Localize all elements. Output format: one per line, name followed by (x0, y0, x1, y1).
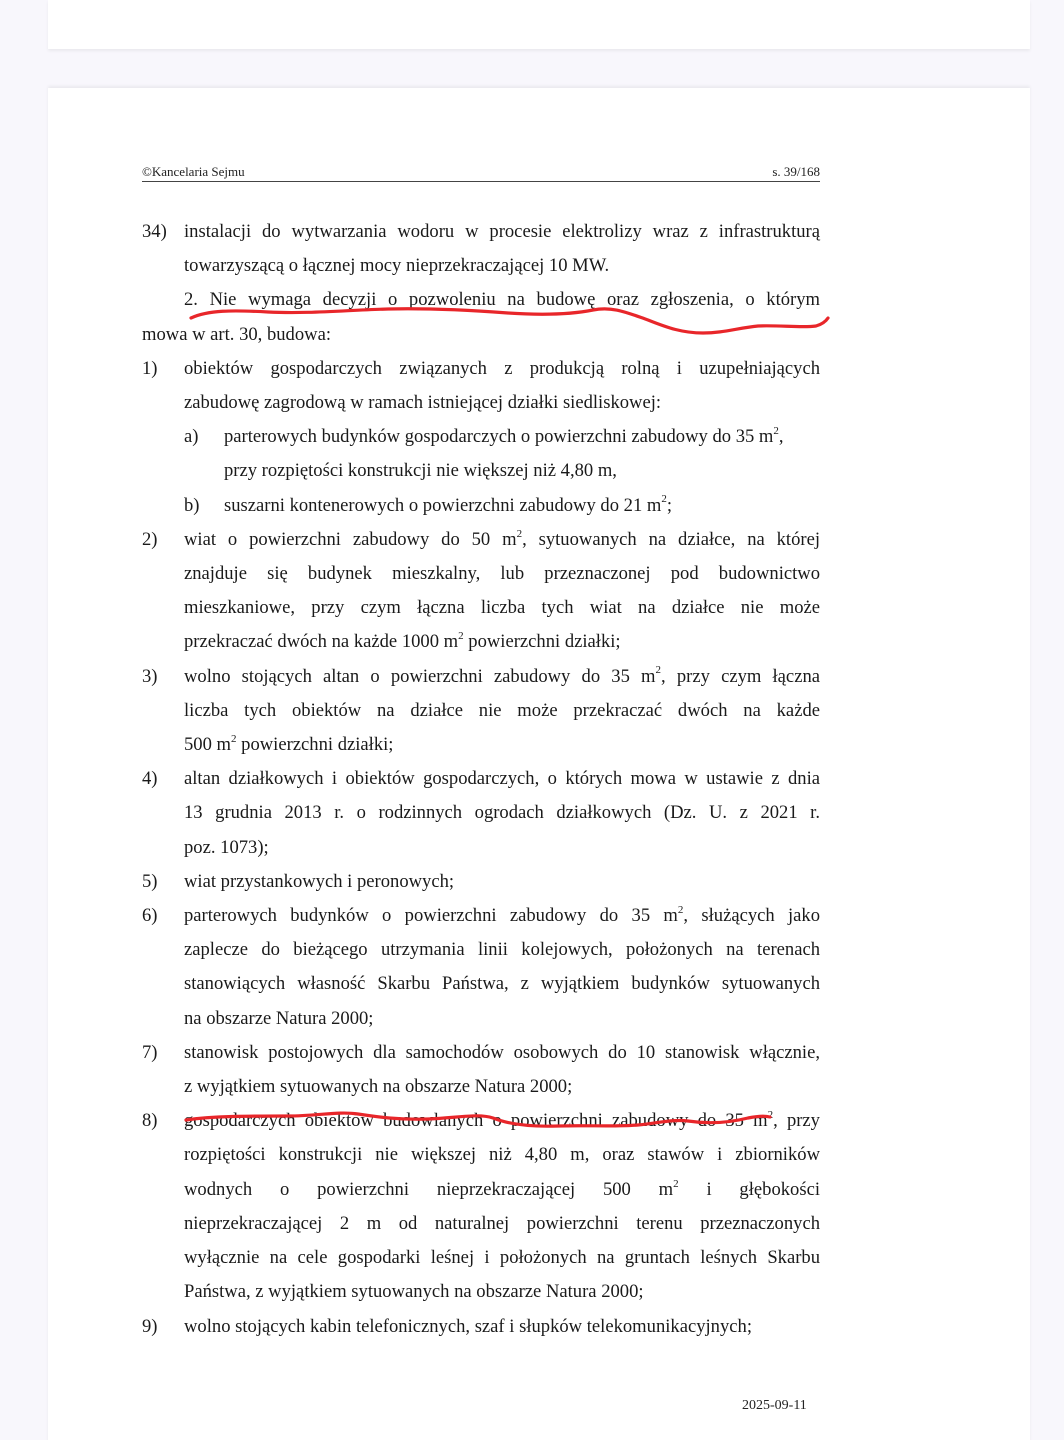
item-text: wolno stojących altan o powierzchni zabu… (184, 660, 820, 694)
list-item-34: 34) instalacji do wytwarzania wodoru w p… (142, 215, 820, 283)
item-text: stanowisk postojowych dla samochodów oso… (184, 1036, 820, 1070)
item-text: z wyjątkiem sytuowanych na obszarze Natu… (184, 1070, 820, 1104)
item-text: obiektów gospodarczych związanych z prod… (184, 352, 820, 386)
item-text: zaplecze do bieżącego utrzymania linii k… (184, 933, 820, 967)
list-item-3: 3) wolno stojących altan o powierzchni z… (142, 660, 820, 763)
page-header: ©Kancelaria Sejmu s. 39/168 (142, 164, 820, 182)
sub-item-letter: b) (184, 489, 200, 523)
list-item-5: 5) wiat przystankowych i peronowych; (142, 865, 820, 899)
item-number: 3) (142, 660, 158, 694)
item-number: 1) (142, 352, 158, 386)
sub-item-a: a) parterowych budynków gospodarczych o … (142, 420, 820, 488)
item-number: 4) (142, 762, 158, 796)
sub-item-letter: a) (184, 420, 198, 454)
item-text: Państwa, z wyjątkiem sytuowanych na obsz… (184, 1275, 820, 1309)
item-text: stanowiących własność Skarbu Państwa, z … (184, 967, 820, 1001)
item-number: 9) (142, 1310, 158, 1344)
list-item-8: 8) gospodarczych obiektów budowlanych o … (142, 1104, 820, 1309)
paragraph-2: 2. Nie wymaga decyzji o pozwoleniu na bu… (142, 283, 820, 351)
item-text: 13 grudnia 2013 r. o rodzinnych ogrodach… (184, 796, 820, 830)
item-text: mieszkaniowe, przy czym łączna liczba ty… (184, 591, 820, 625)
document-date: 2025-09-11 (742, 1398, 807, 1414)
item-text: rozpiętości konstrukcji nie większej niż… (184, 1138, 820, 1172)
item-text: znajduje się budynek mieszkalny, lub prz… (184, 557, 820, 591)
item-number: 2) (142, 523, 158, 557)
item-text: wiat przystankowych i peronowych; (184, 865, 820, 899)
item-number: 6) (142, 899, 158, 933)
item-text: liczba tych obiektów na działce nie może… (184, 694, 820, 728)
sub-item-text: przy rozpiętości konstrukcji nie większe… (224, 454, 820, 488)
document-page: ©Kancelaria Sejmu s. 39/168 34) instalac… (48, 88, 1030, 1440)
item-text: zabudowę zagrodową w ramach istniejącej … (184, 386, 820, 420)
item-text: przekraczać dwóch na każde 1000 m2 powie… (184, 625, 820, 659)
list-item-6: 6) parterowych budynków o powierzchni za… (142, 899, 820, 1036)
item-number: 7) (142, 1036, 158, 1070)
item-text: towarzyszącą o łącznej mocy nieprzekracz… (184, 249, 820, 283)
paragraph-text: 2. Nie wymaga decyzji o pozwoleniu na bu… (142, 283, 820, 317)
list-item-4: 4) altan działkowych i obiektów gospodar… (142, 762, 820, 865)
list-item-2: 2) wiat o powierzchni zabudowy do 50 m2,… (142, 523, 820, 660)
item-text: nieprzekraczającej 2 m od naturalnej pow… (184, 1207, 820, 1241)
header-publisher: ©Kancelaria Sejmu (142, 164, 245, 180)
item-text: wiat o powierzchni zabudowy do 50 m2, sy… (184, 523, 820, 557)
list-item-7: 7) stanowisk postojowych dla samochodów … (142, 1036, 820, 1104)
item-text: wyłącznie na cele gospodarki leśnej i po… (184, 1241, 820, 1275)
sub-item-text: suszarni kontenerowych o powierzchni zab… (224, 489, 820, 523)
item-number: 8) (142, 1104, 158, 1138)
item-text: gospodarczych obiektów budowlanych o pow… (184, 1104, 820, 1138)
sub-item-text: parterowych budynków gospodarczych o pow… (224, 420, 820, 454)
item-text: wolno stojących kabin telefonicznych, sz… (184, 1310, 820, 1344)
item-text: wodnych o powierzchni nieprzekraczającej… (184, 1173, 820, 1207)
item-text: altan działkowych i obiektów gospodarczy… (184, 762, 820, 796)
item-number: 34) (142, 215, 167, 249)
sub-item-b: b) suszarni kontenerowych o powierzchni … (142, 489, 820, 523)
item-text: 500 m2 powierzchni działki; (184, 728, 820, 762)
item-text: parterowych budynków o powierzchni zabud… (184, 899, 820, 933)
item-number: 5) (142, 865, 158, 899)
item-text: instalacji do wytwarzania wodoru w proce… (184, 215, 820, 249)
list-item-1: 1) obiektów gospodarczych związanych z p… (142, 352, 820, 420)
paragraph-text: mowa w art. 30, budowa: (142, 318, 820, 352)
list-item-9: 9) wolno stojących kabin telefonicznych,… (142, 1310, 820, 1344)
item-text: poz. 1073); (184, 831, 820, 865)
page-number: s. 39/168 (772, 164, 820, 180)
document-body: 34) instalacji do wytwarzania wodoru w p… (142, 215, 820, 1344)
item-text: na obszarze Natura 2000; (184, 1002, 820, 1036)
previous-page (48, 0, 1030, 49)
